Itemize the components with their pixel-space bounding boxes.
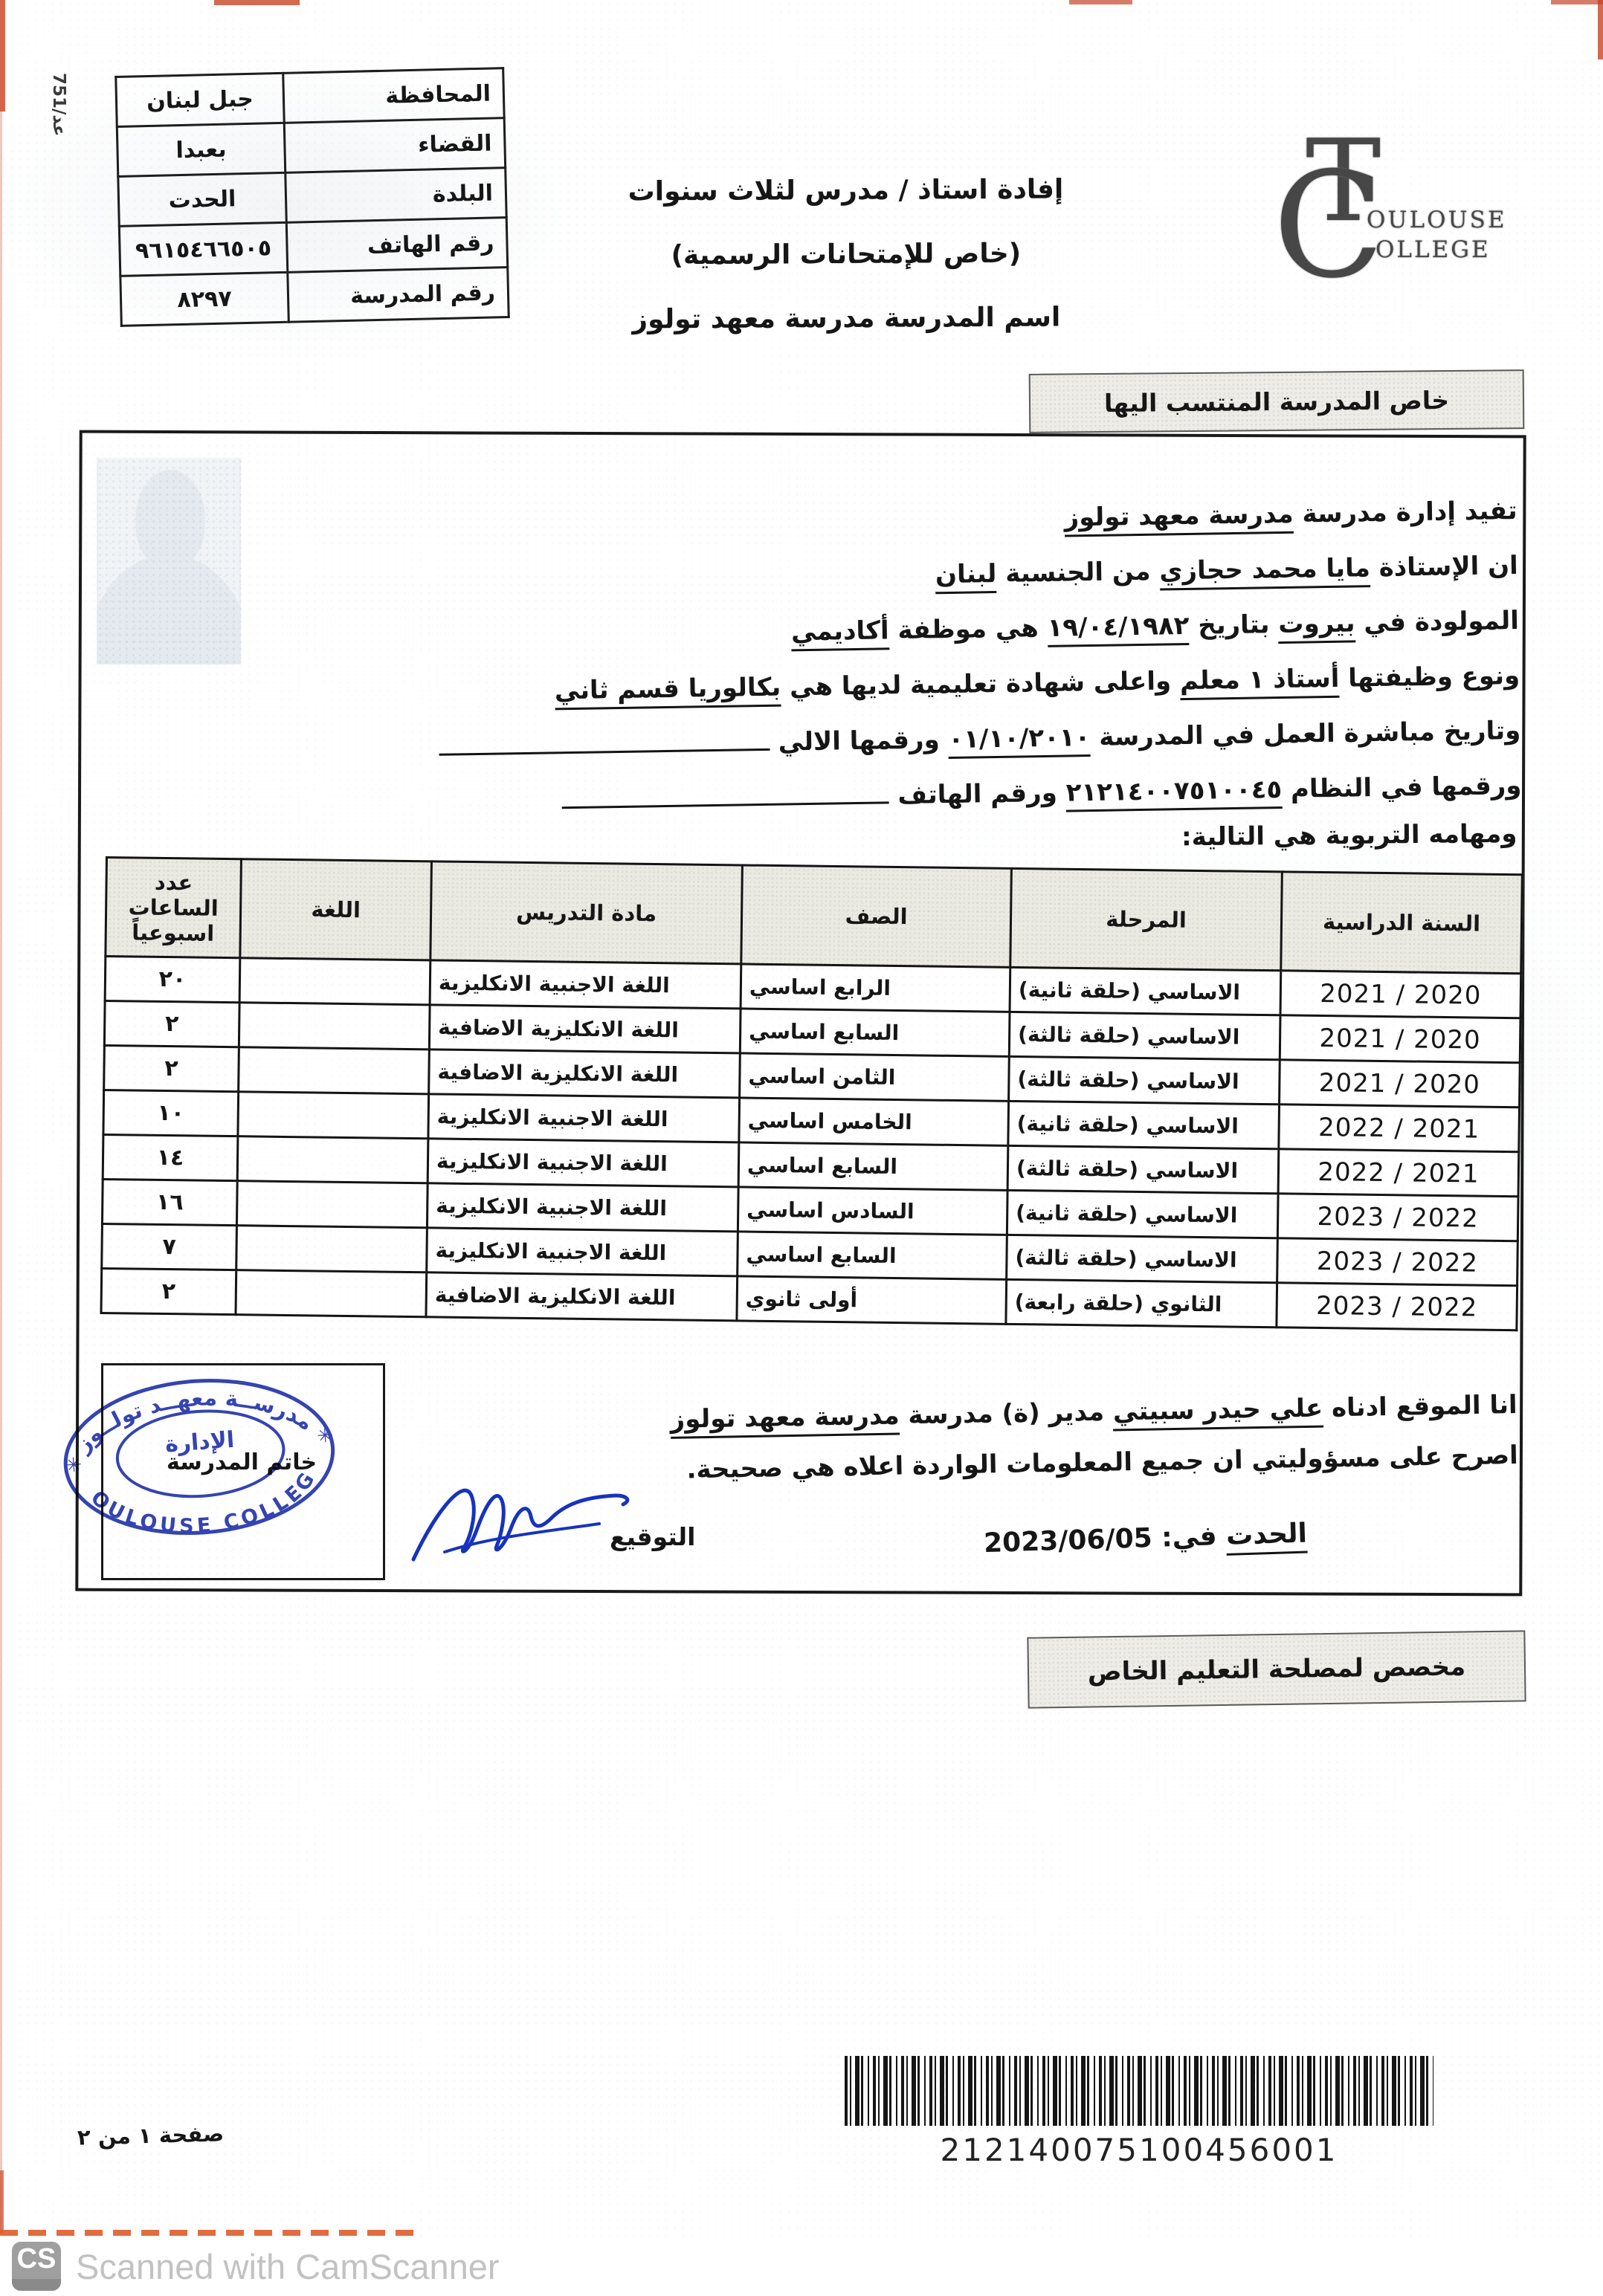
table-cell-cls: السابع اساسي: [738, 1232, 1007, 1279]
text-run: ورقمها في النظام: [1282, 771, 1522, 804]
logo-word-oulouse: OULOUSE: [1367, 207, 1507, 233]
camscanner-bar: CS Scanned with CamScanner: [0, 2237, 1603, 2296]
info-table-row: القضاءبعبدا: [117, 118, 505, 177]
text-run: 2023/06/05: [984, 1523, 1153, 1559]
table-cell-subject: اللغة الاجنبية الانكليزية: [430, 960, 741, 1009]
underlined-text: ١٩/٠٤/١٩٨٢: [1047, 611, 1190, 647]
section-header-private-education: مخصص لمصلحة التعليم الخاص: [1027, 1630, 1526, 1708]
text-run: هي موظفة: [888, 613, 1048, 645]
table-cell-subject: اللغة الاجنبية الانكليزية: [428, 1139, 739, 1187]
table-cell-hours: ٢: [104, 1001, 239, 1047]
tasks-header: ومهامه التربوية هي التالية:: [1181, 819, 1517, 853]
text-run: ان الإستاذة: [1370, 551, 1519, 583]
table-cell-subject: اللغة الاجنبية الانكليزية: [428, 1094, 740, 1142]
table-cell-subject: اللغة الانكليزية الاضافية: [429, 1050, 741, 1098]
underlined-text: بيروت: [1278, 608, 1355, 644]
underlined-text: أستاذ ١ معلم: [1180, 664, 1340, 700]
stamp-star-right: ✳: [316, 1424, 334, 1447]
table-cell-cls: أولى ثانوي: [737, 1276, 1007, 1324]
table-cell-year: 2021 / 2022: [1279, 1105, 1520, 1152]
underlined-text: مدرسة معهد تولوز: [670, 1401, 900, 1439]
scan-artifact: [1551, 0, 1603, 4]
teaching-table-header: السنة الدراسية: [1281, 872, 1523, 974]
declaration-block: انا الموقع ادناه علي حيدر سبيتي مدير (ة)…: [654, 1380, 1518, 1495]
info-label: رقم الهاتف: [286, 218, 507, 273]
table-cell-cls: السابع اساسي: [740, 1009, 1010, 1056]
table-cell-cls: السابع اساسي: [738, 1142, 1008, 1190]
text-run: من الجنسية: [996, 557, 1160, 589]
table-cell-lang: [238, 1092, 429, 1139]
scan-artifact: [1598, 0, 1603, 59]
scan-artifact: [0, 0, 5, 111]
text-run: واعلى شهادة تعليمية لديها هي: [781, 666, 1180, 702]
underlined-text: مدرسة معهد تولوز: [1064, 499, 1294, 537]
blank-line: [439, 725, 770, 756]
logo-word-ollege: OLLEGE: [1375, 236, 1491, 263]
text-run: بتاريخ: [1189, 609, 1279, 641]
info-table-body: المحافظةجبل لبنانالقضاءبعبداالبلدةالحدتر…: [116, 68, 509, 326]
table-cell-year: 2020 / 2021: [1280, 1015, 1520, 1063]
text-run: مدير (ة) مدرسة: [899, 1397, 1113, 1430]
document-subtitle: (خاص للإمتحانات الرسمية): [616, 239, 1077, 270]
page-number-label: صفحة ١ من ٢: [77, 2121, 225, 2150]
table-cell-subject: اللغة الانكليزية الاضافية: [426, 1272, 738, 1321]
info-table-row: البلدةالحدت: [118, 168, 506, 227]
section-header-school: خاص المدرسة المنتسب اليها: [1029, 369, 1525, 433]
info-table-row: رقم الهاتف٩٦١٥٤٦٦٥٠٥: [119, 218, 507, 277]
table-cell-stage: الاساسي (حلقة ثانية): [1007, 1190, 1278, 1238]
info-label: القضاء: [284, 118, 505, 173]
scan-artifact: [1069, 0, 1132, 4]
table-cell-lang: [236, 1270, 427, 1317]
table-cell-cls: السادس اساسي: [738, 1187, 1007, 1235]
table-cell-year: 2022 / 2023: [1277, 1194, 1518, 1241]
scan-artifact: [0, 111, 2, 2230]
table-cell-lang: [237, 1136, 428, 1183]
table-cell-year: 2021 / 2022: [1278, 1149, 1519, 1197]
table-cell-hours: ١٠: [103, 1090, 239, 1136]
signature-ink: [400, 1464, 645, 1576]
school-logo: T C OULOUSE OLLEGE: [1276, 111, 1529, 290]
scan-artifact: [0, 2230, 416, 2236]
camscanner-icon: CS: [12, 2242, 61, 2291]
table-cell-stage: الاساسي (حلقة ثالثة): [1009, 1056, 1280, 1104]
school-stamp: مدرســة معهــد تولــوز TOULOUSE COLLEGE …: [51, 1362, 347, 1553]
underlined-text: ٠١/١٠/٢٠١٠: [948, 722, 1091, 759]
info-table-row: المحافظةجبل لبنان: [116, 68, 504, 127]
table-cell-stage: الاساسي (حلقة ثانية): [1008, 1101, 1280, 1148]
table-cell-subject: اللغة الاجنبية الانكليزية: [427, 1228, 738, 1276]
table-cell-cls: الثامن اساسي: [740, 1053, 1010, 1101]
table-cell-lang: [236, 1181, 428, 1228]
table-cell-stage: الاساسي (حلقة ثانية): [1010, 967, 1281, 1015]
info-label: رقم المدرسة: [288, 268, 509, 323]
table-cell-subject: اللغة الانكليزية الاضافية: [429, 1005, 741, 1053]
teaching-table-header: الصف: [741, 865, 1012, 967]
table-cell-lang: [239, 1003, 430, 1050]
text-run: في:: [1152, 1521, 1227, 1553]
text-run: ورقم الهاتف: [888, 778, 1066, 811]
table-cell-hours: ٢: [104, 1045, 239, 1091]
table-cell-hours: ١٦: [102, 1179, 237, 1225]
underlined-text: علي حيدر سبيتي: [1113, 1394, 1323, 1432]
info-value: الحدت: [118, 172, 286, 226]
table-cell-stage: الثانوي (حلقة رابعة): [1006, 1279, 1277, 1327]
text-run: وتاريخ مباشرة العمل في المدرسة: [1090, 716, 1521, 752]
text-run: ورقمها الالي: [770, 725, 949, 757]
table-cell-subject: اللغة الاجنبية الانكليزية: [427, 1183, 738, 1232]
underlined-text: أكاديمي: [791, 615, 889, 651]
underlined-text: مايا محمد حجازي: [1159, 553, 1370, 590]
info-table-row: رقم المدرسة٨٢٩٧: [120, 268, 509, 326]
table-cell-year: 2022 / 2023: [1277, 1238, 1518, 1286]
info-value: جبل لبنان: [116, 73, 284, 126]
stamp-star-left: ✳: [65, 1454, 83, 1477]
photo-noise: [97, 458, 241, 664]
table-cell-cls: الرابع اساسي: [741, 964, 1010, 1012]
underlined-text: بكالوريا قسم ثاني: [555, 673, 781, 711]
info-table: المحافظةجبل لبنانالقضاءبعبداالبلدةالحدتر…: [115, 67, 510, 327]
table-cell-lang: [239, 1047, 430, 1094]
table-cell-lang: [236, 1226, 428, 1272]
scan-artifact: [214, 0, 300, 5]
blank-line: [561, 779, 888, 809]
margin-registry-note: عد/751: [49, 73, 68, 136]
school-name-line: اسم المدرسة مدرسة معهد تولوز: [616, 303, 1077, 334]
table-cell-lang: [239, 958, 430, 1005]
certificate-body: تفيد إدارة مدرسة مدرسة معهد تولوزان الإس…: [595, 483, 1522, 827]
barcode-number: 212140075100456001: [845, 2132, 1433, 2168]
camscanner-icon-text: CS: [12, 2243, 61, 2275]
teaching-table-body: 2020 / 2021الاساسي (حلقة ثانية)الرابع اس…: [101, 957, 1521, 1330]
table-cell-stage: الاساسي (حلقة ثالثة): [1007, 1145, 1279, 1193]
table-cell-stage: الاساسي (حلقة ثالثة): [1007, 1235, 1278, 1282]
teaching-table-header: اللغة: [240, 859, 432, 960]
underlined-text: ٢١٢١٤٠٠٧٥١٠٠٤٥: [1065, 775, 1282, 812]
teaching-table-header: عدد الساعات اسبوعياً: [106, 858, 242, 958]
info-value: بعبدا: [117, 123, 285, 176]
scan-artifact: [0, 2170, 4, 2234]
text-run: تفيد إدارة مدرسة: [1293, 496, 1517, 529]
table-cell-hours: ٢٠: [105, 957, 240, 1003]
table-cell-year: 2020 / 2021: [1280, 1060, 1520, 1107]
text-run: ونوع وظيفتها: [1339, 661, 1520, 693]
table-cell-hours: ١٤: [103, 1134, 238, 1180]
document-title: إفادة استاذ / مدرس لثلاث سنوات: [615, 175, 1076, 206]
stamp-center-text: الإدارة: [164, 1427, 235, 1458]
text-run: المولودة في: [1355, 606, 1519, 638]
camscanner-label: Scanned with CamScanner: [76, 2246, 500, 2287]
barcode: [845, 2056, 1433, 2126]
info-label: البلدة: [286, 168, 506, 223]
info-value: ٨٢٩٧: [120, 272, 288, 326]
table-cell-year: 2022 / 2023: [1277, 1283, 1517, 1330]
info-value: ٩٦١٥٤٦٦٥٠٥: [119, 222, 287, 276]
camscanner-icon-strip: [12, 2279, 61, 2291]
document-title-block: إفادة استاذ / مدرس لثلاث سنوات (خاص للإم…: [615, 175, 1077, 369]
info-label: المحافظة: [283, 68, 504, 123]
table-cell-hours: ٧: [102, 1223, 237, 1270]
teaching-table-header: المرحلة: [1010, 868, 1283, 970]
table-cell-hours: ٢: [101, 1268, 236, 1314]
underlined-text: الحدت: [1226, 1518, 1308, 1555]
teacher-photo: [97, 458, 241, 664]
table-cell-cls: الخامس اساسي: [739, 1098, 1009, 1145]
teaching-table-headrow: السنة الدراسيةالمرحلةالصفمادة التدريسالل…: [106, 858, 1522, 974]
teaching-table-header: مادة التدريس: [430, 861, 743, 964]
table-cell-year: 2020 / 2021: [1280, 971, 1521, 1018]
table-cell-stage: الاساسي (حلقة ثالثة): [1009, 1012, 1280, 1059]
text-run: انا الموقع ادناه: [1323, 1390, 1517, 1423]
teaching-table: السنة الدراسيةالمرحلةالصفمادة التدريسالل…: [100, 856, 1523, 1331]
underlined-text: لبنان: [935, 559, 997, 594]
